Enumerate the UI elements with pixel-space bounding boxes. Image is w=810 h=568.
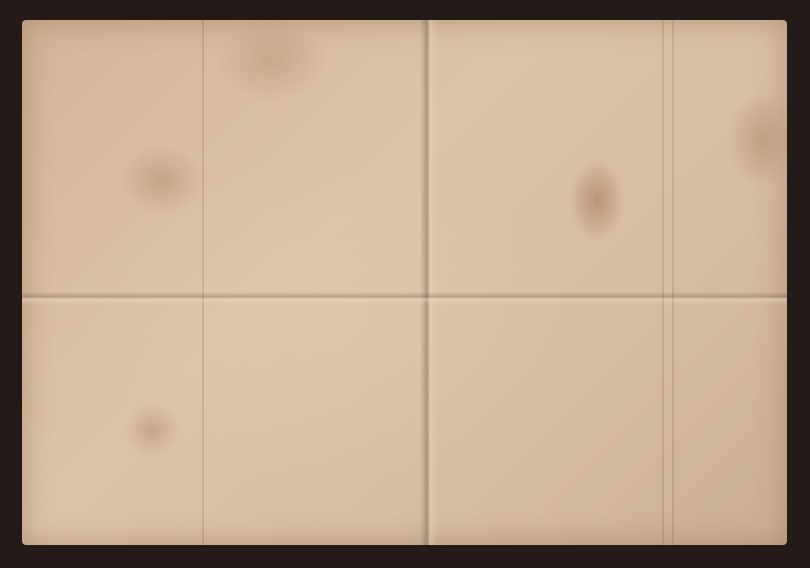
crease-line [202, 20, 204, 545]
vertical-fold [420, 20, 438, 545]
crease-line [662, 20, 664, 545]
paper-sheet [22, 20, 787, 545]
crease-line [672, 20, 674, 545]
